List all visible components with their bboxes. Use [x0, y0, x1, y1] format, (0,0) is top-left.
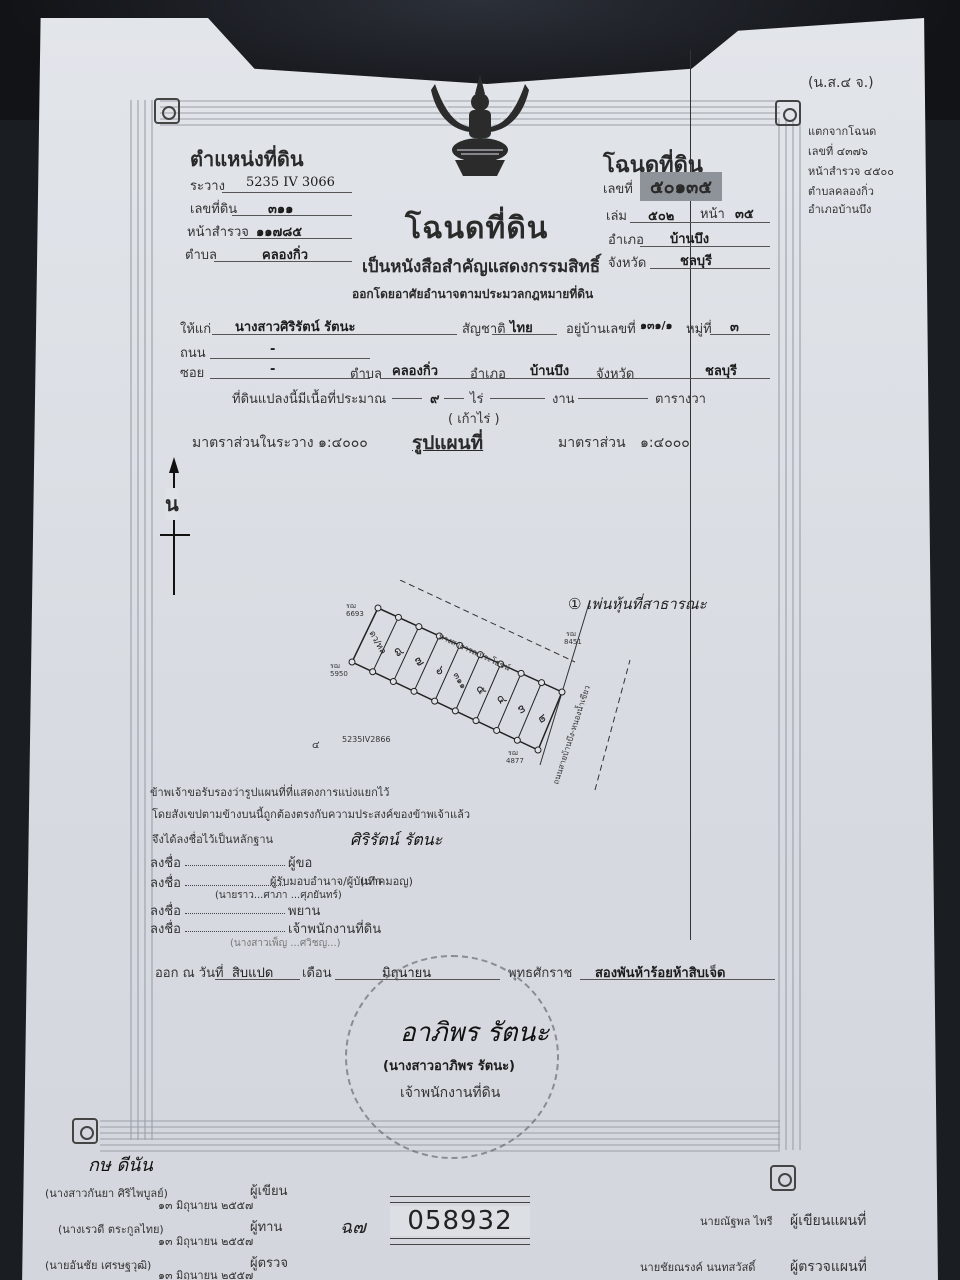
deed-volume-label: เล่ม [606, 205, 627, 226]
deed-number-value: ๕๐๑๓๕ [640, 172, 722, 201]
parcel-label: ดว/หล [366, 629, 387, 656]
owner-to-label: ให้แก่ [180, 318, 211, 339]
marker-code: รฌ [566, 630, 576, 638]
owner-province-label: จังหวัด [596, 363, 634, 384]
document-subtitle: เป็นหนังสือสำคัญแสดงกรรมสิทธิ์ [362, 253, 600, 280]
official-name: (นางสาวอาภิพร รัตนะ) [383, 1055, 515, 1076]
border-pattern-right [778, 120, 806, 1150]
official-title: เจ้าพนักงานที่ดิน [400, 1082, 500, 1104]
corner-ornament-icon [154, 98, 180, 124]
north-label: น [165, 488, 179, 520]
area-prefix: ที่ดินแปลงนี้มีเนื้อที่ประมาณ [232, 388, 386, 409]
writer-role: ผู้เขียน [250, 1180, 287, 1201]
serial-box: 058932 [390, 1196, 530, 1246]
requester-signature: ศิริรัตน์ รัตนะ [350, 828, 442, 853]
owner-district-label: อำเภอ [470, 363, 506, 384]
soi-value: - [270, 362, 275, 377]
nationality-label: สัญชาติ [462, 318, 506, 339]
map-inspector-role: ผู้ตรวจแผนที่ [790, 1256, 867, 1278]
marker-code: รฌ [346, 602, 356, 610]
writer-signature: กษ ดีนัน [88, 1150, 153, 1179]
land-location-heading: ตำแหน่งที่ดิน [190, 143, 304, 175]
margin-note-line: หน้าสำรวจ ๔๕๐๐ [808, 162, 894, 180]
reviewer-date: ๑๓ มิถุนายน ๒๕๕๗ [158, 1232, 253, 1250]
reviewer-name: (นางเรวดี ตระกูลไทย) [58, 1220, 164, 1238]
map-sheet-label: ระวาง [190, 175, 225, 196]
marker-number: 8451 [564, 638, 582, 646]
inspector-name: (นายอันชัย เศรษฐวุฒิ) [45, 1256, 151, 1274]
reviewer-role: ผู้ทาน [250, 1216, 282, 1237]
inspector-role: ผู้ตรวจ [250, 1252, 288, 1273]
house-no-label: อยู่บ้านเลขที่ [566, 318, 636, 339]
document-subtitle-2: ออกโดยอาศัยอำนาจตามประมวลกฎหมายที่ดิน [352, 285, 593, 304]
area-wa-label: ตารางวา [655, 388, 706, 409]
north-arrow-icon [150, 455, 200, 595]
corner-ornament-icon [775, 100, 801, 126]
parcel-no-label: เลขที่ดิน [190, 198, 237, 219]
soi-label: ซอย [180, 362, 204, 383]
agent-note: (นาคมอญ) [360, 872, 413, 890]
plan-scale-value: ๑:๔๐๐๐ [640, 432, 690, 454]
certification-line-1: ข้าพเจ้าขอรับรองว่ารูปแผนที่ที่แสดงการแบ… [150, 783, 389, 801]
margin-note-line: เลขที่ ๔๓๗๖ [808, 142, 868, 160]
plan-handwritten-note: ① เพ่นหุ้นที่สาธารณะ [568, 592, 707, 616]
corner-ornament-icon [770, 1165, 796, 1191]
serial-number: 058932 [390, 1206, 530, 1236]
deed-district-label: อำเภอ [608, 229, 644, 250]
garuda-emblem-icon [425, 72, 535, 182]
map-writer-name: นายณัฐพล ไพรี [700, 1212, 773, 1230]
map-scale-label: มาตราส่วนในระวาง [192, 432, 314, 454]
moo-label: หมู่ที่ [686, 318, 712, 339]
document-title: โฉนดที่ดิน [405, 205, 548, 252]
sign-label: ลงชื่อ [150, 918, 181, 939]
certification-line-2: โดยสังเขปตามข้างบนนี้ถูกต้องตรงกับความปร… [152, 805, 470, 823]
area-ngan-label: งาน [552, 388, 575, 409]
marker-code: รฌ [330, 662, 340, 670]
map-sheet-value: 5235 IV 3066 [246, 175, 335, 190]
issue-prefix: ออก ณ วันที่ [155, 962, 224, 983]
witness-name: (นายราว...ศาภา ...ศุภยันทร์) [215, 888, 342, 903]
adjacent-sheet-label: 5235IV2866 [342, 735, 391, 744]
marker-code: รฌ [508, 749, 518, 757]
margin-note-line: ตำบลคลองกิ่ว [808, 182, 874, 200]
writer-date: ๑๓ มิถุนายน ๒๕๕๗ [158, 1196, 253, 1214]
certification-line-3: จึงได้ลงชื่อไว้เป็นหลักฐาน [152, 830, 273, 848]
area-in-words: ( เก้าไร่ ) [448, 408, 500, 429]
deed-page-value: ๓๕ [735, 203, 754, 224]
marker-number: 5950 [330, 670, 348, 678]
plan-heading: รูปแผนที่ [412, 428, 483, 458]
area-rai-label: ไร่ [470, 388, 484, 409]
sign-label: ลงชื่อ [150, 872, 181, 893]
deed-page-label: หน้า [700, 203, 725, 224]
sign-label: ลงชื่อ [150, 852, 181, 873]
road-label: ถนน [180, 342, 206, 363]
official-signature: อาภิพร รัตนะ [400, 1012, 549, 1053]
serial-prefix: ฉ๗ [340, 1212, 366, 1241]
border-pattern-left [130, 100, 158, 1140]
house-no-value: ๑๓๑/๑ [640, 316, 672, 334]
deed-number-label: เลขที่ [603, 178, 633, 199]
adjacent-prefix: ๔ [312, 738, 320, 753]
margin-note-line: อำเภอบ้านบึง [808, 200, 871, 218]
road-value: - [270, 342, 275, 357]
margin-note-line: แตกจากโฉนด [808, 122, 876, 140]
location-subdistrict-label: ตำบล [185, 244, 217, 265]
area-rai-value: ๙ [430, 388, 440, 409]
role-requester: ผู้ขอ [288, 852, 312, 873]
inspector-date: ๑๓ มิถุนายน ๒๕๕๗ [158, 1266, 253, 1280]
form-code: (น.ส.๔ จ.) [808, 72, 874, 94]
writer-name: (นางสาวกันยา ศิริไพบูลย์) [45, 1184, 168, 1202]
map-writer-role: ผู้เขียนแผนที่ [790, 1210, 866, 1232]
map-scale-value: ๑:๔๐๐๐ [318, 432, 368, 454]
officer-name: (นางสาวเพ็ญ ...ศวิชญ...) [230, 936, 341, 951]
marker-number: 6693 [346, 610, 364, 618]
owner-subdistrict-label: ตำบล [350, 363, 382, 384]
map-inspector-name: นายชัยณรงค์ นนทสวัสดิ์ [640, 1258, 755, 1276]
road-label: ถนนสายบ้านบึง-หนองน้ำเขียว [549, 684, 591, 786]
plan-scale-label: มาตราส่วน [558, 432, 626, 454]
marker-number: 4877 [506, 757, 524, 765]
issue-month-label: เดือน [302, 962, 332, 983]
deed-province-label: จังหวัด [608, 252, 646, 273]
corner-ornament-icon [72, 1118, 98, 1144]
